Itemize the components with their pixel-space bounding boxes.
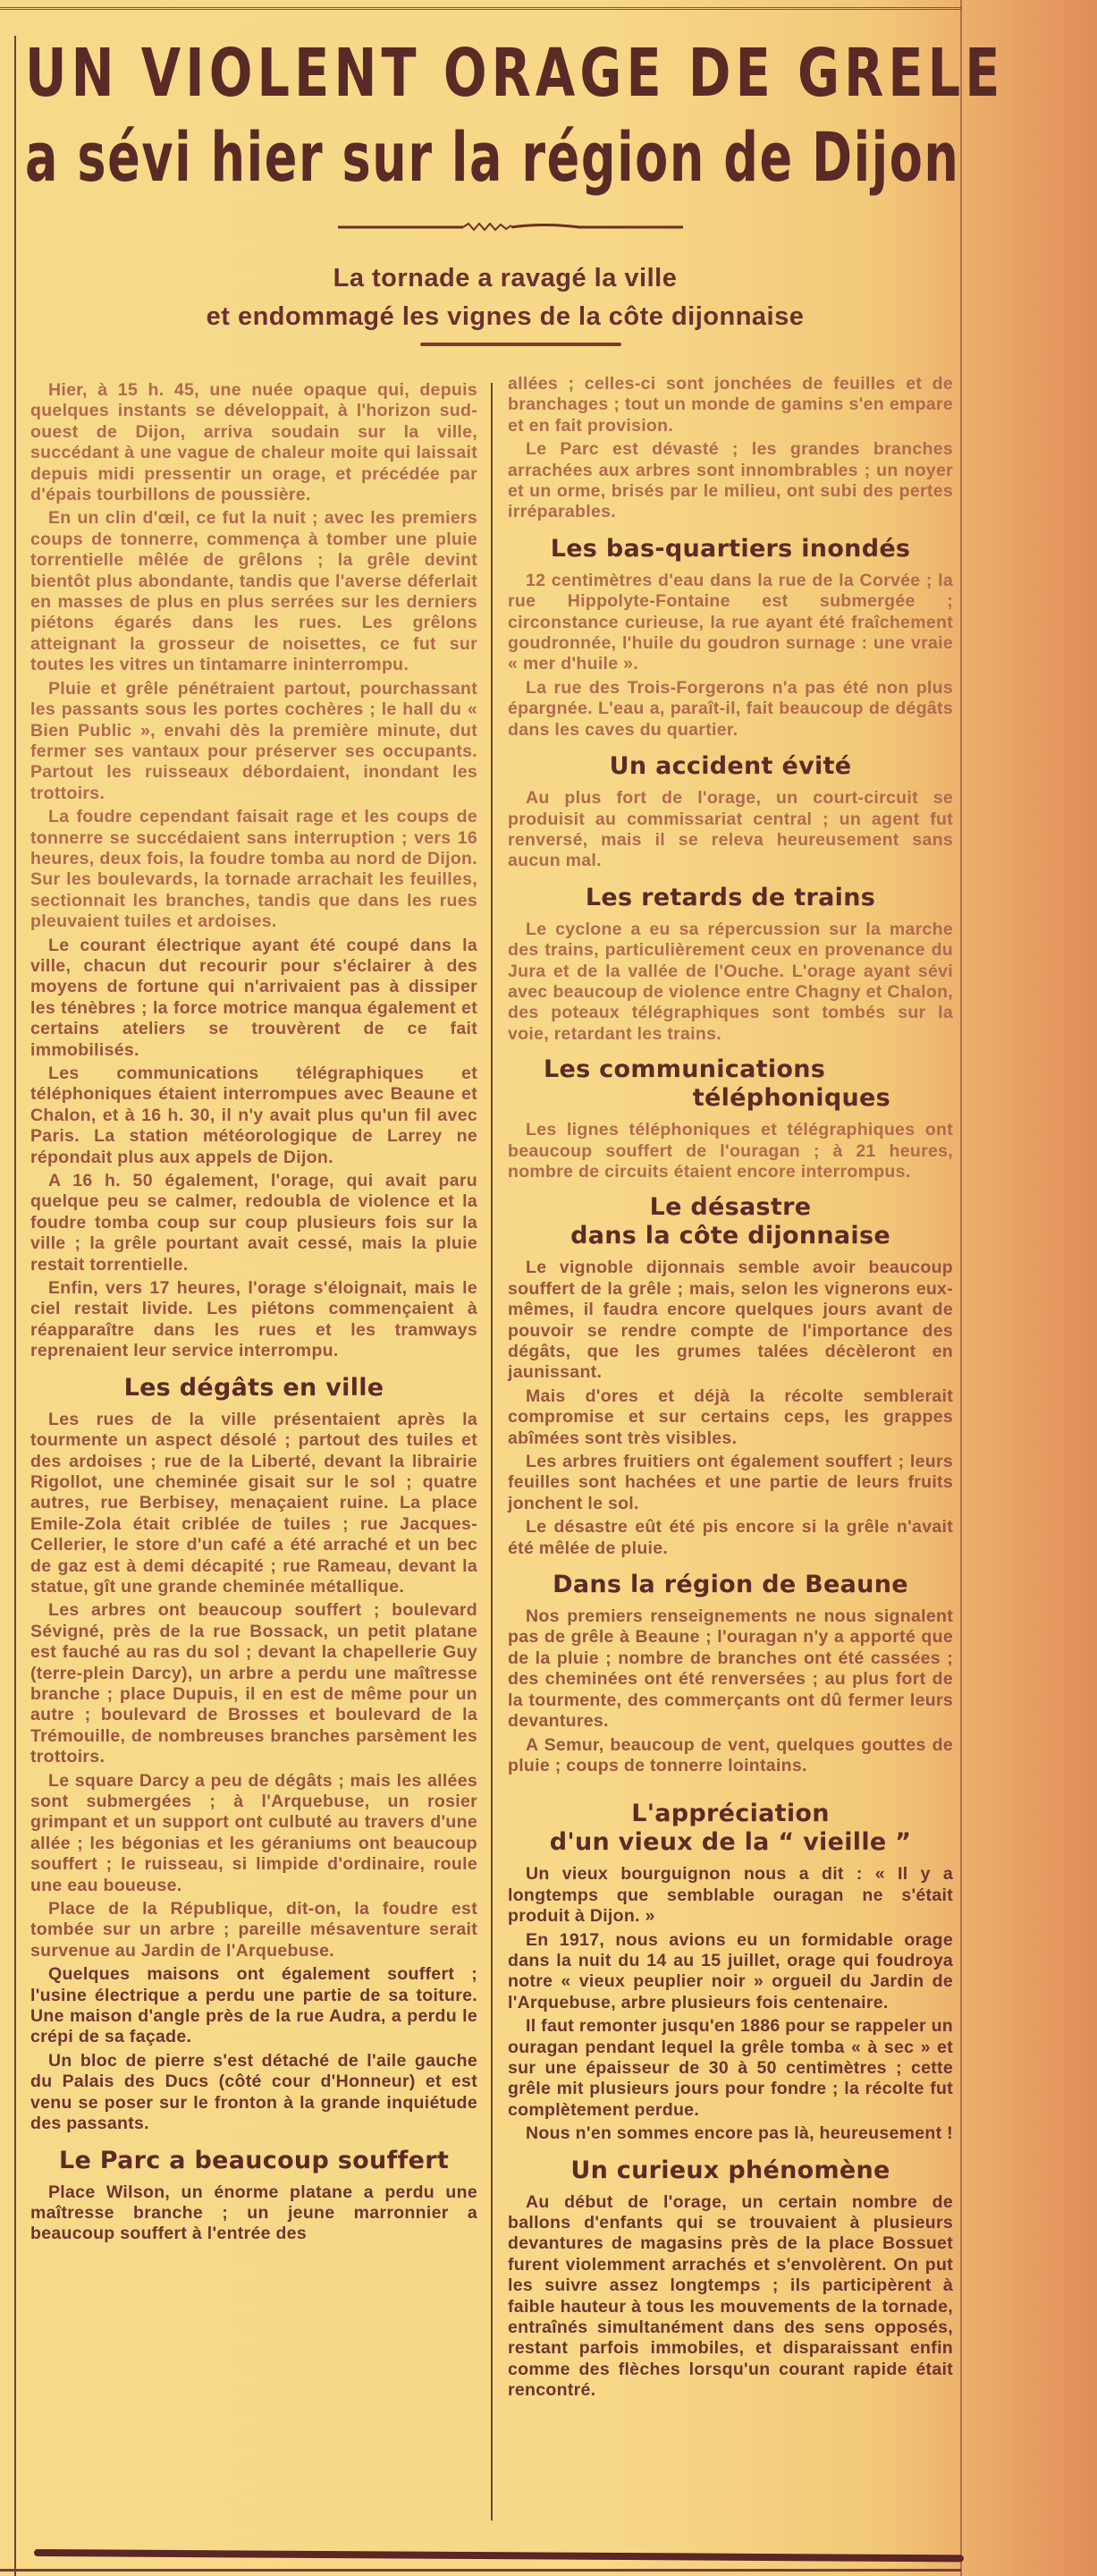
bottom-thick-rule (34, 2549, 964, 2562)
ornament-divider-icon (338, 222, 683, 233)
paragraph: Les arbres fruitiers ont également souff… (508, 1452, 953, 1514)
paragraph: Les rues de la ville présentaient après … (30, 1410, 477, 1598)
subheadline-line-2: et endommagé les vignes de la côte dijon… (89, 298, 921, 336)
section-title-bas-quartiers: Les bas-quartiers inondés (508, 534, 953, 563)
paragraph: Le square Darcy a peu de dégâts ; mais l… (30, 1771, 477, 1896)
right-border-rule (960, 0, 962, 2576)
paragraph: Nous n'en sommes encore pas là, heureuse… (508, 2123, 953, 2144)
section-title-line-1: L'appréciation (508, 1800, 953, 1828)
paragraph: Le cyclone a eu sa répercussion sur la m… (508, 919, 953, 1045)
paragraph: Les arbres ont beaucoup souffert ; boule… (30, 1600, 477, 1767)
paragraph: 12 centimètres d'eau dans la rue de la C… (508, 571, 953, 675)
paragraph-continuation: allées ; celles-ci sont jonchées de feui… (508, 374, 953, 436)
left-column: Hier, à 15 h. 45, une nuée opaque qui, d… (30, 380, 477, 2248)
paragraph: Un vieux bourguignon nous a dit : « Il y… (508, 1864, 953, 1927)
subheadline-rule (420, 343, 621, 346)
section-title-accident-evite: Un accident évité (508, 751, 953, 781)
section-title-line-2: téléphoniques (508, 1084, 953, 1113)
paragraph: Un bloc de pierre s'est détaché de l'ail… (30, 2051, 477, 2135)
left-border-rule (14, 36, 16, 2576)
section-title-curieux-phenomene: Un curieux phénomène (508, 2156, 953, 2185)
paragraph: En un clin d'œil, ce fut la nuit ; avec … (30, 508, 477, 675)
subheadline-line-1: La tornade a ravagé la ville (89, 259, 921, 298)
headline-line-2: a sévi hier sur la région de Dijon (25, 114, 773, 200)
paragraph: Le désastre eût été pis encore si la grê… (508, 1517, 953, 1559)
paragraph: Place Wilson, un énorme platane a perdu … (30, 2182, 477, 2245)
paragraph: Quelques maisons ont également souffert … (30, 1964, 477, 2048)
section-title-line-2: dans la côte dijonnaise (508, 1222, 953, 1250)
paragraph: A 16 h. 50 également, l'orage, qui avait… (30, 1171, 477, 1275)
paragraph: Au début de l'orage, un certain nombre d… (508, 2192, 953, 2402)
section-title-beaune: Dans la région de Beaune (508, 1570, 953, 1599)
section-title-appreciation: L'appréciation d'un vieux de la “ vieill… (508, 1800, 953, 1857)
section-title-line-2: d'un vieux de la “ vieille ” (508, 1828, 953, 1857)
paragraph: Il faut remonter jusqu'en 1886 pour se r… (508, 2016, 953, 2121)
paragraph: Place de la République, dit-on, la foudr… (30, 1899, 477, 1962)
paragraph: Nos premiers renseignements ne nous sign… (508, 1606, 953, 1732)
right-column: allées ; celles-ci sont jonchées de feui… (508, 374, 953, 2404)
paragraph: Les communications télégraphiques et tél… (30, 1063, 477, 1168)
paragraph: Le vignoble dijonnais semble avoir beauc… (508, 1258, 953, 1383)
paragraph: Enfin, vers 17 heures, l'orage s'éloigna… (30, 1278, 477, 1362)
section-title-parc: Le Parc a beaucoup souffert (30, 2146, 477, 2175)
headline: UN VIOLENT ORAGE DE GRELE a sévi hier su… (25, 34, 973, 200)
top-border-rule (0, 0, 961, 10)
paragraph: Hier, à 15 h. 45, une nuée opaque qui, d… (30, 380, 477, 505)
paragraph: En 1917, nous avions eu un formidable or… (508, 1930, 953, 2014)
paragraph: La rue des Trois-Forgerons n'a pas été n… (508, 678, 953, 741)
section-title-line-1: Les communications (508, 1055, 953, 1084)
bottom-border-rule (0, 2569, 961, 2572)
section-title-degats-en-ville: Les dégâts en ville (30, 1373, 477, 1402)
section-title-retards-trains: Les retards de trains (508, 883, 953, 912)
subheadline: La tornade a ravagé la ville et endommag… (89, 259, 921, 336)
paragraph: Mais d'ores et déjà la récolte semblerai… (508, 1386, 953, 1449)
section-title-communications: Les communications téléphoniques (508, 1055, 953, 1113)
paragraph: Le courant électrique ayant été coupé da… (30, 936, 477, 1061)
column-divider (491, 383, 493, 2521)
paragraph: Les lignes téléphoniques et télégraphiqu… (508, 1120, 953, 1182)
section-title-desastre: Le désastre dans la côte dijonnaise (508, 1193, 953, 1250)
paragraph: Pluie et grêle pénétraient partout, pour… (30, 679, 477, 804)
paragraph: Au plus fort de l'orage, un court-circui… (508, 788, 953, 872)
paragraph: La foudre cependant faisait rage et les … (30, 807, 477, 932)
paragraph: A Semur, beaucoup de vent, quelques gout… (508, 1735, 953, 1777)
paragraph: Le Parc est dévasté ; les grandes branch… (508, 439, 953, 523)
section-title-line-1: Le désastre (508, 1193, 953, 1222)
headline-line-1: UN VIOLENT ORAGE DE GRELE (25, 34, 840, 113)
